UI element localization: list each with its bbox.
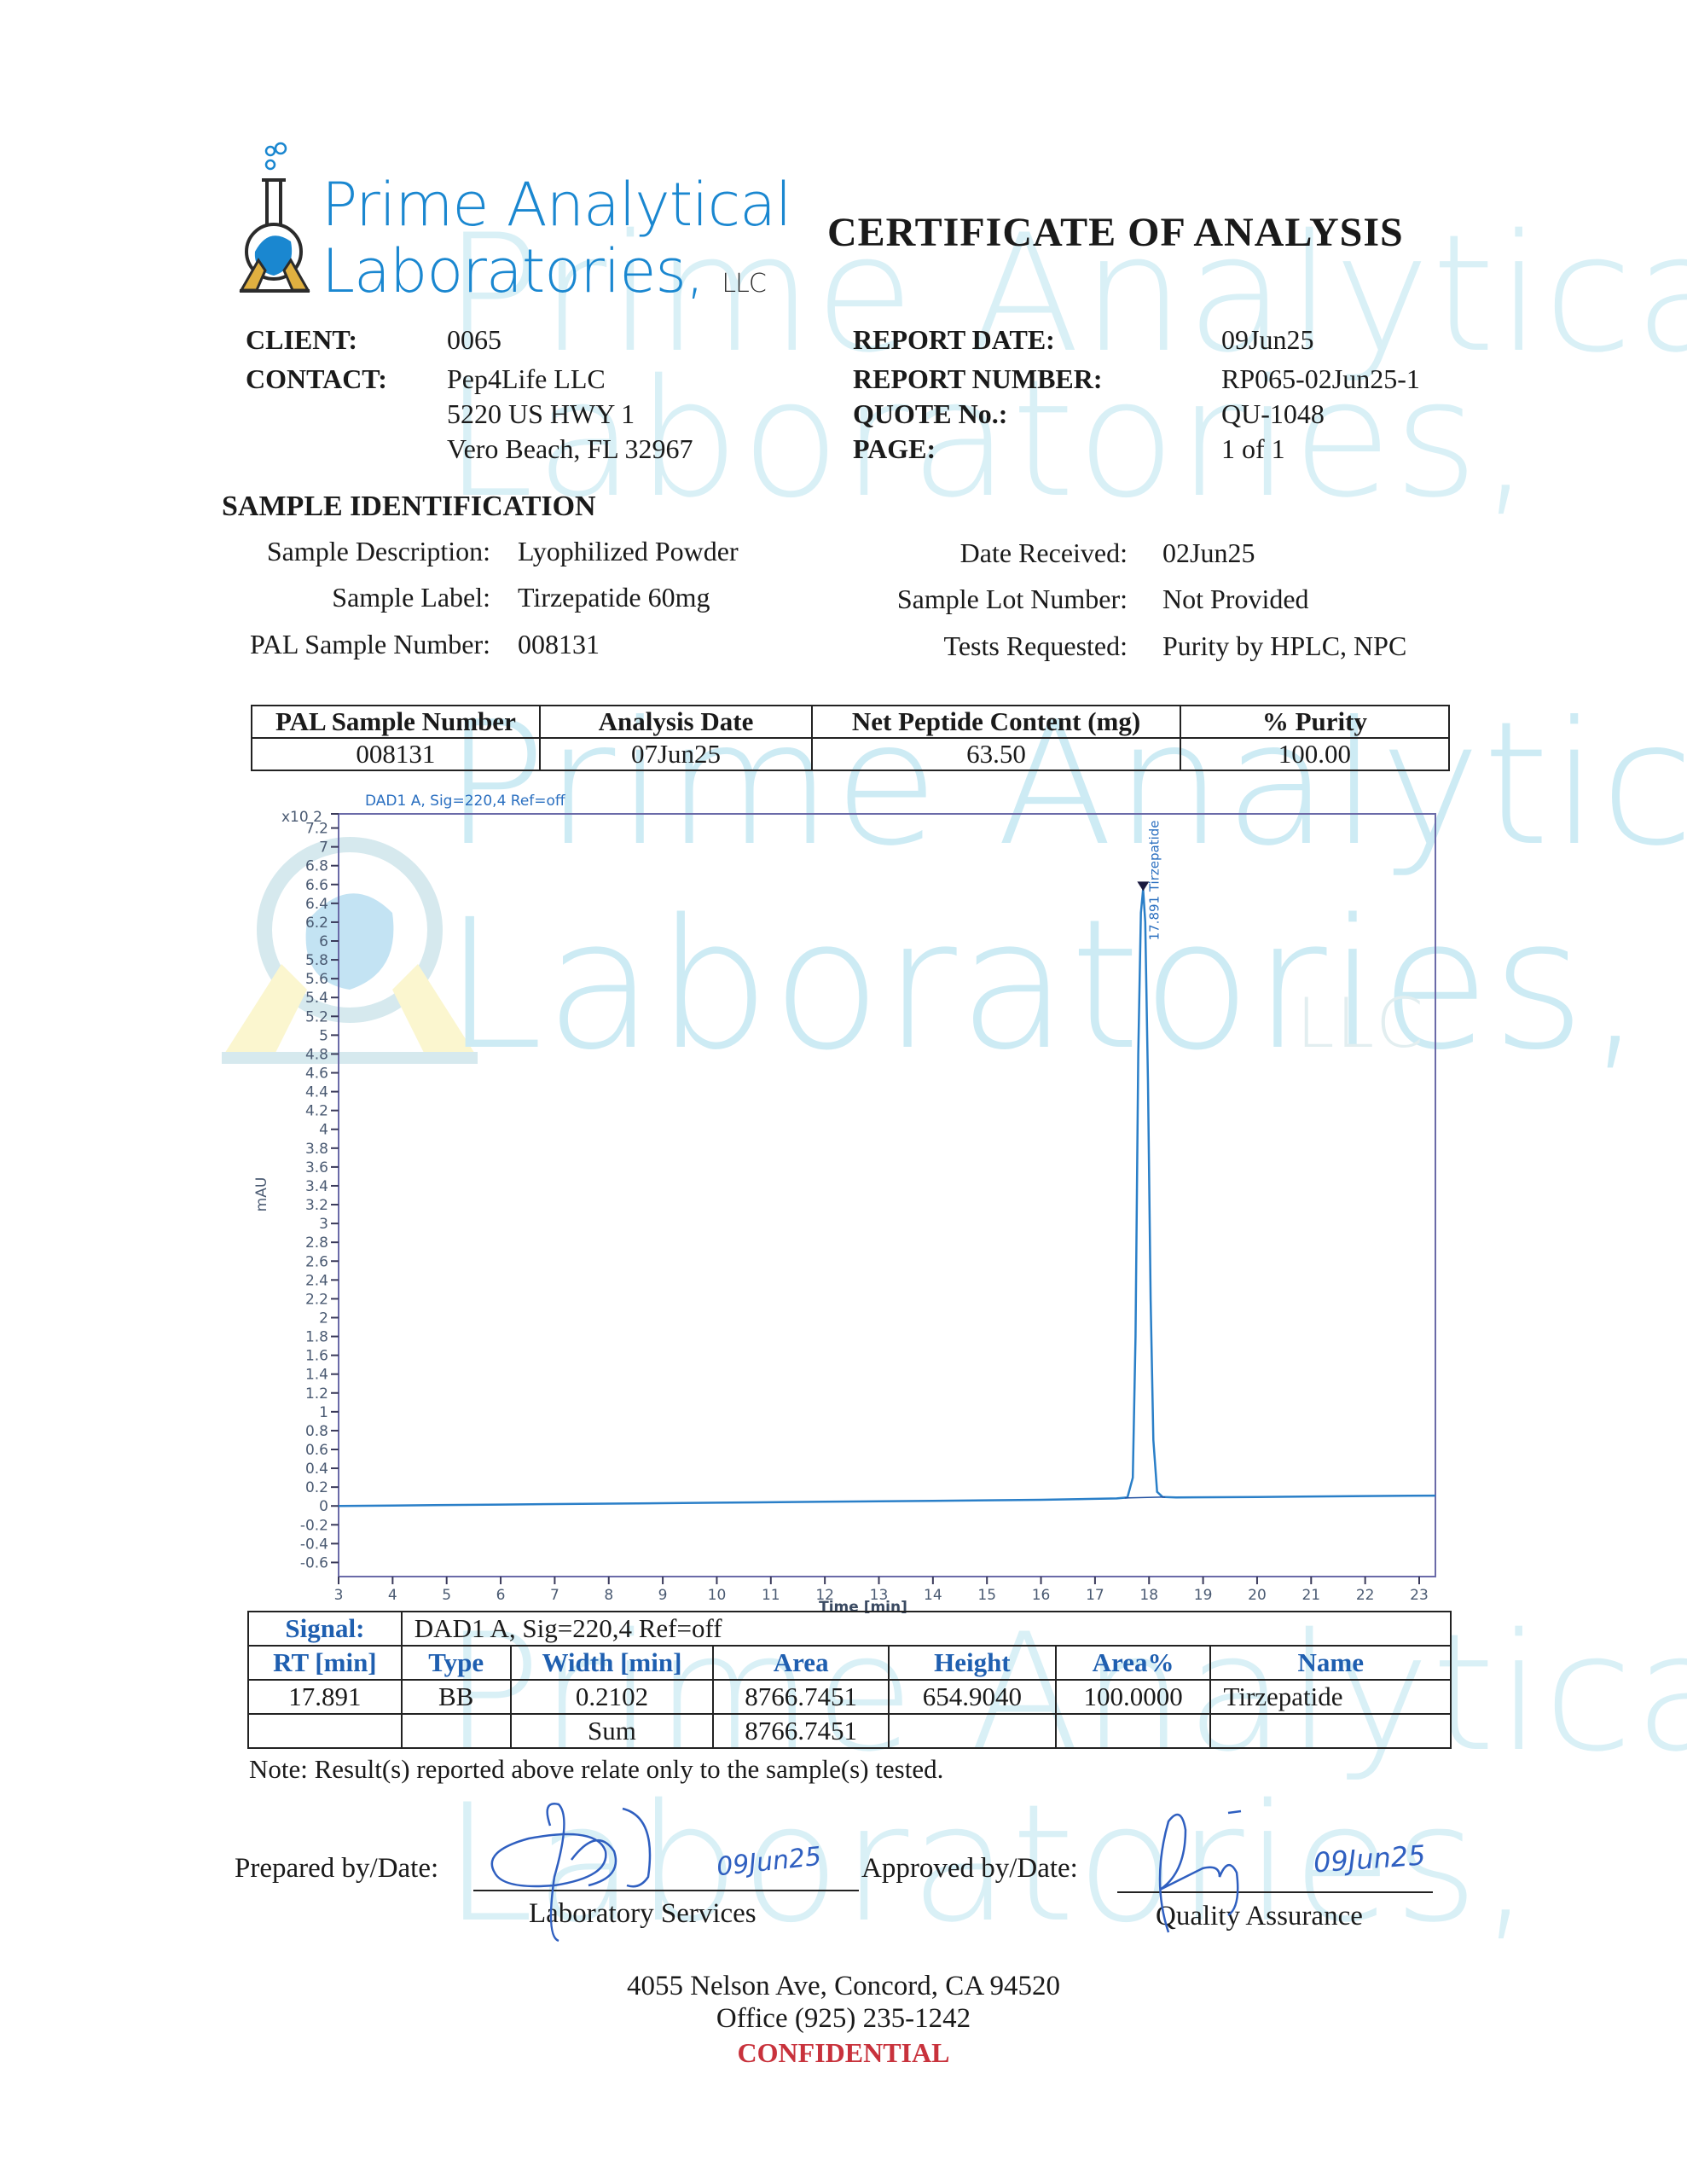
chart-title: DAD1 A, Sig=220,4 Ref=off — [365, 793, 566, 810]
svg-text:3.4: 3.4 — [305, 1178, 328, 1195]
svg-text:2.8: 2.8 — [305, 1234, 328, 1252]
svg-text:10: 10 — [708, 1587, 727, 1604]
sum-empty-3 — [889, 1714, 1056, 1748]
sum-value: 8766.7451 — [713, 1714, 889, 1748]
svg-text:-0.6: -0.6 — [300, 1554, 328, 1571]
svg-text:1.2: 1.2 — [305, 1385, 328, 1403]
result-area-percent: 100.0000 — [1056, 1680, 1211, 1714]
signal-label: Signal: — [248, 1612, 402, 1646]
sum-label: Sum — [511, 1714, 714, 1748]
svg-text:17.891 Tirzepatide: 17.891 Tirzepatide — [1146, 821, 1162, 941]
svg-text:3.2: 3.2 — [305, 1197, 328, 1214]
svg-text:0: 0 — [319, 1498, 328, 1515]
svg-text:4: 4 — [319, 1122, 328, 1139]
svg-text:18: 18 — [1139, 1587, 1158, 1604]
chart-y-multiplier: x10 2 — [281, 809, 322, 826]
svg-text:4.4: 4.4 — [305, 1084, 328, 1101]
svg-text:21: 21 — [1301, 1587, 1320, 1604]
sum-empty-5 — [1210, 1714, 1451, 1748]
footer-confidential: CONFIDENTIAL — [0, 2037, 1687, 2069]
results-header-rt: RT [min] — [248, 1646, 402, 1680]
svg-text:1.4: 1.4 — [305, 1367, 328, 1384]
svg-text:23: 23 — [1410, 1587, 1429, 1604]
svg-text:6: 6 — [496, 1587, 506, 1604]
result-rt: 17.891 — [248, 1680, 402, 1714]
svg-text:5.2: 5.2 — [305, 1008, 328, 1025]
svg-text:-0.4: -0.4 — [300, 1536, 328, 1553]
sum-empty-4 — [1056, 1714, 1211, 1748]
svg-text:7: 7 — [319, 839, 328, 857]
result-area: 8766.7451 — [713, 1680, 889, 1714]
results-header-width: Width [min] — [511, 1646, 714, 1680]
result-type: BB — [402, 1680, 511, 1714]
svg-text:0.4: 0.4 — [305, 1461, 328, 1478]
results-header-row: RT [min] Type Width [min] Area Height Ar… — [248, 1646, 1451, 1680]
results-header-name: Name — [1210, 1646, 1451, 1680]
results-table: Signal: DAD1 A, Sig=220,4 Ref=off RT [mi… — [247, 1611, 1452, 1749]
svg-text:20: 20 — [1248, 1587, 1267, 1604]
svg-text:2: 2 — [319, 1310, 328, 1327]
svg-text:2.6: 2.6 — [305, 1253, 328, 1270]
table-row: 17.891 BB 0.2102 8766.7451 654.9040 100.… — [248, 1680, 1451, 1714]
svg-text:6: 6 — [319, 933, 328, 950]
footer-address: 4055 Nelson Ave, Concord, CA 94520 — [0, 1971, 1687, 2002]
svg-text:5.8: 5.8 — [305, 952, 328, 969]
svg-text:0.2: 0.2 — [305, 1479, 328, 1496]
svg-text:3.6: 3.6 — [305, 1159, 328, 1176]
svg-text:4: 4 — [388, 1587, 397, 1604]
sum-empty-1 — [248, 1714, 402, 1748]
svg-text:5: 5 — [319, 1027, 328, 1044]
svg-text:19: 19 — [1194, 1587, 1213, 1604]
results-header-area: Area — [713, 1646, 889, 1680]
svg-text:-0.2: -0.2 — [300, 1517, 328, 1534]
svg-text:5.6: 5.6 — [305, 971, 328, 988]
prepared-signature-icon — [478, 1792, 699, 1945]
svg-text:2.2: 2.2 — [305, 1291, 328, 1308]
svg-text:11: 11 — [762, 1587, 780, 1604]
svg-text:14: 14 — [924, 1587, 942, 1604]
svg-text:3.8: 3.8 — [305, 1141, 328, 1158]
svg-text:2.4: 2.4 — [305, 1272, 328, 1289]
signal-value: DAD1 A, Sig=220,4 Ref=off — [402, 1612, 1451, 1646]
svg-text:5: 5 — [442, 1587, 451, 1604]
results-header-type: Type — [402, 1646, 511, 1680]
svg-text:3: 3 — [334, 1587, 344, 1604]
approved-by-label: Approved by/Date: — [861, 1853, 1078, 1885]
result-height: 654.9040 — [889, 1680, 1056, 1714]
results-note: Note: Result(s) reported above relate on… — [249, 1754, 943, 1785]
svg-text:3: 3 — [319, 1216, 328, 1233]
prepared-by-label: Prepared by/Date: — [235, 1853, 438, 1885]
svg-text:4.8: 4.8 — [305, 1046, 328, 1063]
chart-axes: -0.6-0.4-0.200.20.40.60.811.21.41.61.822… — [300, 814, 1435, 1604]
svg-text:17: 17 — [1086, 1587, 1104, 1604]
results-header-area-percent: Area% — [1056, 1646, 1211, 1680]
svg-text:9: 9 — [658, 1587, 668, 1604]
chart-ylabel: mAU — [253, 1177, 270, 1212]
svg-text:8: 8 — [604, 1587, 613, 1604]
result-name: Tirzepatide — [1210, 1680, 1451, 1714]
svg-text:22: 22 — [1356, 1587, 1375, 1604]
result-width: 0.2102 — [511, 1680, 714, 1714]
svg-text:6.8: 6.8 — [305, 858, 328, 875]
svg-text:1.6: 1.6 — [305, 1348, 328, 1365]
chromatogram-chart: -0.6-0.4-0.200.20.40.60.811.21.41.61.822… — [0, 0, 1687, 1621]
sum-row: Sum 8766.7451 — [248, 1714, 1451, 1748]
svg-text:1.8: 1.8 — [305, 1329, 328, 1346]
svg-text:5.4: 5.4 — [305, 990, 328, 1007]
results-header-height: Height — [889, 1646, 1056, 1680]
signal-row: Signal: DAD1 A, Sig=220,4 Ref=off — [248, 1612, 1451, 1646]
footer-phone: Office (925) 235-1242 — [0, 2003, 1687, 2035]
sum-empty-2 — [402, 1714, 511, 1748]
svg-text:0.8: 0.8 — [305, 1423, 328, 1440]
svg-text:0.6: 0.6 — [305, 1442, 328, 1459]
svg-text:4.6: 4.6 — [305, 1066, 328, 1083]
svg-text:6.4: 6.4 — [305, 896, 328, 913]
svg-text:6.6: 6.6 — [305, 877, 328, 894]
approved-signature-icon — [1134, 1796, 1288, 1949]
svg-text:4.2: 4.2 — [305, 1103, 328, 1120]
svg-text:1: 1 — [319, 1404, 328, 1421]
svg-text:16: 16 — [1032, 1587, 1051, 1604]
svg-text:6.2: 6.2 — [305, 915, 328, 932]
svg-text:15: 15 — [977, 1587, 996, 1604]
svg-text:7: 7 — [550, 1587, 559, 1604]
chart-series: 17.891 Tirzepatide — [339, 821, 1435, 1507]
